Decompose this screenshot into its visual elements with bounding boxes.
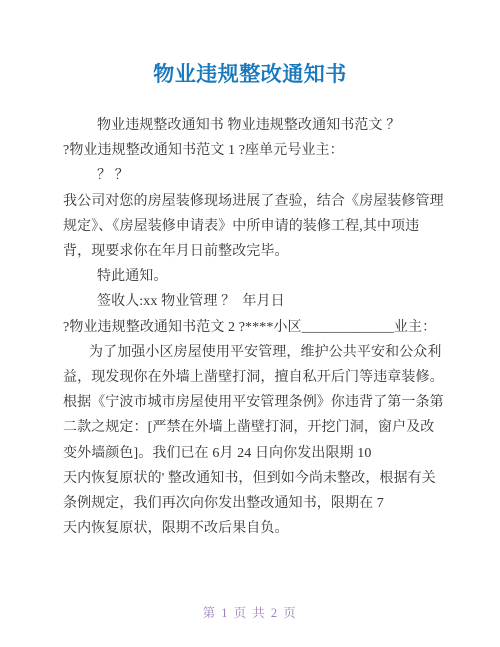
body-line: 根据《宁波市城市房屋使用平安管理条例》你违背了第一条第 [63,390,445,415]
document-page: 物业违规整改通知书 物业违规整改通知书 物业违规整改通知书范文 ？?物业违规整改… [0,0,500,647]
body-line: 物业违规整改通知书 物业违规整改通知书范文 ？ [63,113,445,138]
body-line: 天内恢复原状，限期不改后果自负。 [63,516,445,541]
body-line: 我公司对您的房屋装修现场进展了查验，结合《房屋装修管理 [63,189,445,214]
body-line: 为了加强小区房屋使用平安管理，维护公共平安和公众利 [63,340,445,365]
body-line: ？ ？ [63,163,445,188]
body-line: 变外墙颜色]。我们已在 6月 24 日向你发出限期 10 [63,441,445,466]
body-line: ?物业违规整改通知书范文 2 ?****小区_____________业主： [63,315,445,340]
body-line: 签收人:xx 物业管理 ？ 年月日 [63,289,445,314]
body-line: 二款之规定：[严禁在外墙上凿壁打洞，开挖门洞，窗户及改 [63,415,445,440]
body-line: 天内恢复原状的' 整改通知书，但到如今尚未整改，根据有关 [63,466,445,491]
page-number-footer: 第 1 页 共 2 页 [0,603,500,621]
body-line: 益，现发现你在外墙上凿壁打洞，擅自私开后门等违章装修。 [63,365,445,390]
body-line: 条例规定，我们再次向你发出整改通知书，限期在 7 [63,491,445,516]
body-line: ?物业违规整改通知书范文 1 ?座单元号业主： [63,138,445,163]
body-line: 规定》、《房屋装修申请表》中所申请的装修工程,其中项违 [63,214,445,239]
body-line: 特此通知。 [63,264,445,289]
document-body: 物业违规整改通知书 物业违规整改通知书范文 ？?物业违规整改通知书范文 1 ?座… [63,113,445,541]
body-line: 背，现要求你在年月日前整改完毕。 [63,239,445,264]
document-title: 物业违规整改通知书 [0,58,500,88]
